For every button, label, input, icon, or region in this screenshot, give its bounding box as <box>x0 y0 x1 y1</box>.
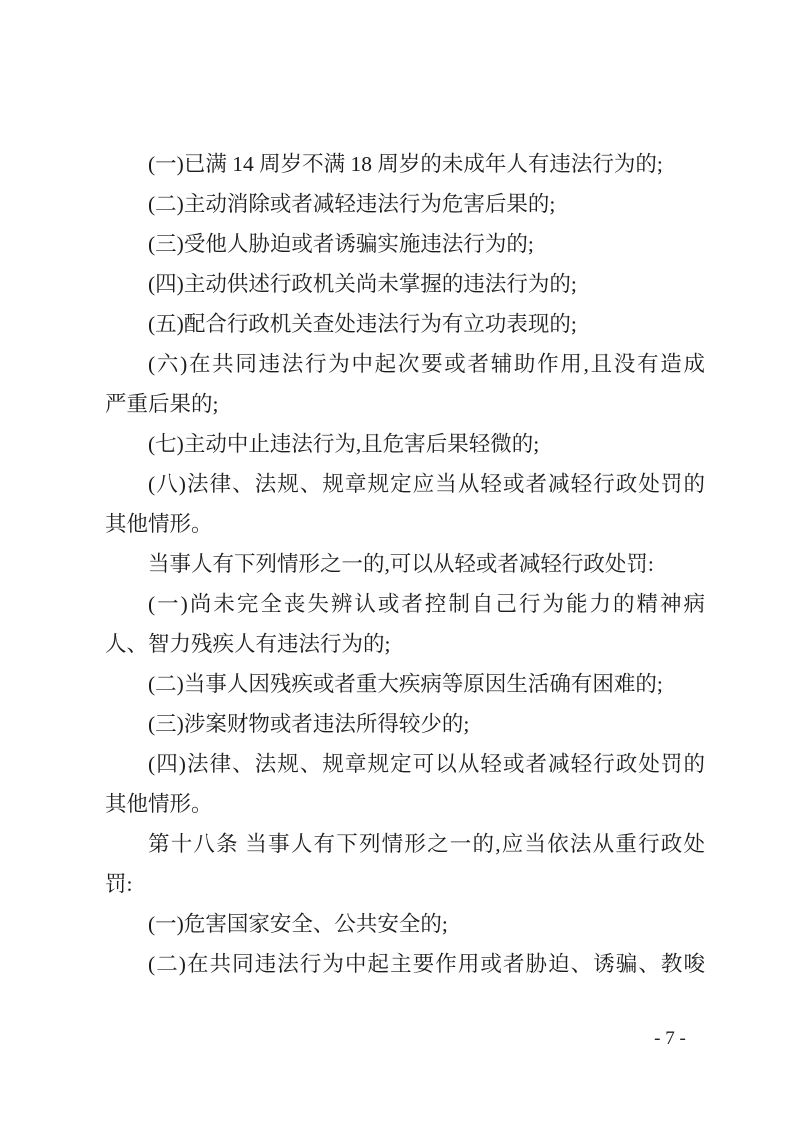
document-line: (八)法律、法规、规章规定应当从轻或者减轻行政处罚的 <box>105 464 705 504</box>
document-body: (一)已满 14 周岁不满 18 周岁的未成年人有违法行为的; (二)主动消除或… <box>105 144 705 984</box>
document-line: 人、智力残疾人有违法行为的; <box>105 624 705 664</box>
document-line: (七)主动中止违法行为,且危害后果轻微的; <box>105 424 705 464</box>
document-line: 罚: <box>105 864 705 904</box>
document-line: 当事人有下列情形之一的,可以从轻或者减轻行政处罚: <box>105 544 705 584</box>
document-line: (一)危害国家安全、公共安全的; <box>105 904 705 944</box>
document-line: (三)受他人胁迫或者诱骗实施违法行为的; <box>105 224 705 264</box>
document-line: (一)已满 14 周岁不满 18 周岁的未成年人有违法行为的; <box>105 144 705 184</box>
document-line: 第十八条 当事人有下列情形之一的,应当依法从重行政处 <box>105 824 705 864</box>
document-line: (六)在共同违法行为中起次要或者辅助作用,且没有造成 <box>105 344 705 384</box>
document-line: (五)配合行政机关查处违法行为有立功表现的; <box>105 304 705 344</box>
document-line: (四)法律、法规、规章规定可以从轻或者减轻行政处罚的 <box>105 744 705 784</box>
document-page: (一)已满 14 周岁不满 18 周岁的未成年人有违法行为的; (二)主动消除或… <box>0 0 794 1123</box>
document-line: (二)在共同违法行为中起主要作用或者胁迫、诱骗、教唆 <box>105 944 705 984</box>
document-line: (四)主动供述行政机关尚未掌握的违法行为的; <box>105 264 705 304</box>
document-line: (二)当事人因残疾或者重大疾病等原因生活确有困难的; <box>105 664 705 704</box>
document-line: (二)主动消除或者减轻违法行为危害后果的; <box>105 184 705 224</box>
document-line: 其他情形。 <box>105 784 705 824</box>
page-number: - 7 - <box>620 1028 720 1050</box>
document-line: 其他情形。 <box>105 504 705 544</box>
document-line: (一)尚未完全丧失辨认或者控制自己行为能力的精神病 <box>105 584 705 624</box>
document-line: (三)涉案财物或者违法所得较少的; <box>105 704 705 744</box>
document-line: 严重后果的; <box>105 384 705 424</box>
